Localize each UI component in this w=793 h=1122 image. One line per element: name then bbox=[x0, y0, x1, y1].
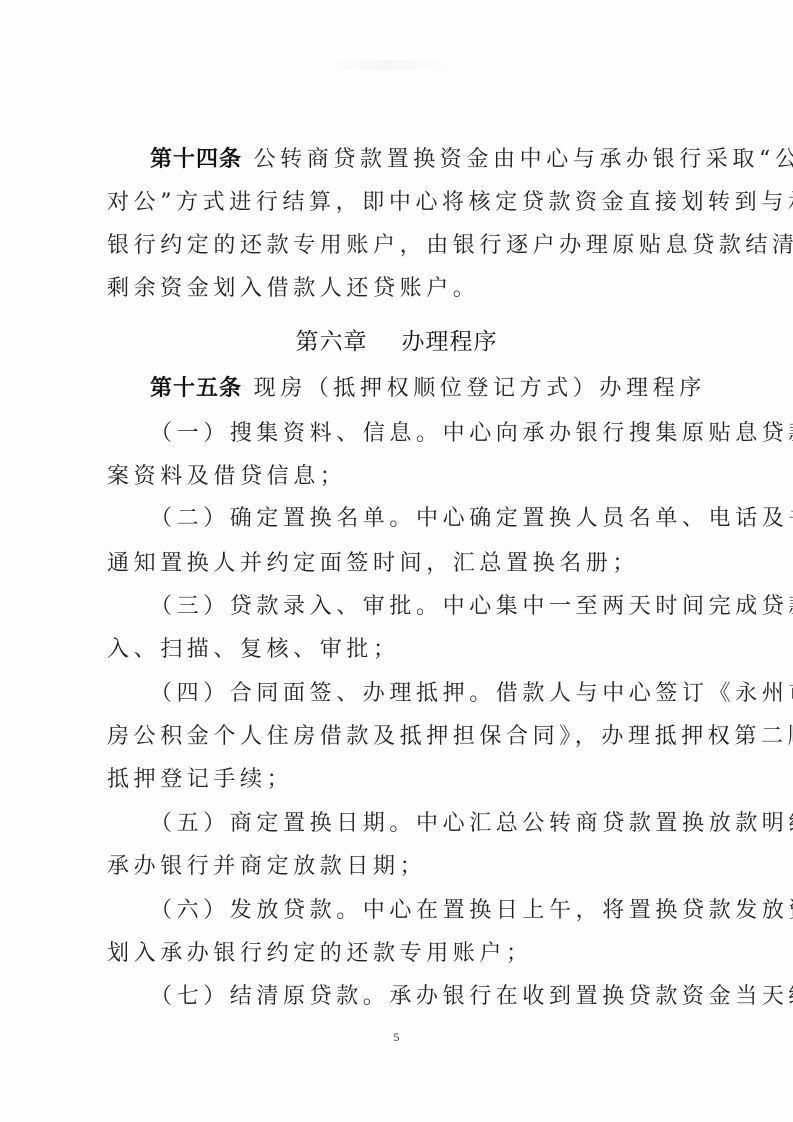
item-1-line-1: （一）搜集资料、信息。中心向承办银行搜集原贴息贷款档 bbox=[150, 421, 750, 447]
chapter-title: 办理程序 bbox=[402, 329, 498, 355]
item-3-line-2: 入、扫描、复核、审批； bbox=[107, 637, 707, 663]
article-15-heading: 第十五条 现房（抵押权顺位登记方式）办理程序 bbox=[150, 376, 750, 402]
scan-artifact bbox=[320, 60, 460, 70]
item-4-line-3: 抵押登记手续； bbox=[107, 767, 707, 793]
article-14-line-1: 第十四条 公转商贷款置换资金由中心与承办银行采取“公 bbox=[150, 147, 750, 173]
item-4-line-1: （四）合同面签、办理抵押。借款人与中心签订《永州市住 bbox=[150, 681, 750, 707]
page-number: 5 bbox=[0, 1030, 793, 1045]
chapter-heading: 第六章办理程序 bbox=[0, 323, 793, 356]
item-2-line-1: （二）确定置换名单。中心确定置换人员名单、电话及书面 bbox=[150, 506, 750, 532]
article-15-lead: 第十五条 bbox=[150, 376, 242, 401]
article-14-text: 公转商贷款置换资金由中心与承办银行采取“公 bbox=[254, 147, 793, 172]
article-14-lead: 第十四条 bbox=[150, 147, 242, 172]
article-14-line-3: 银行约定的还款专用账户，由银行逐户办理原贴息贷款结清手续， bbox=[107, 233, 707, 259]
item-7-line-1: （七）结清原贷款。承办银行在收到置换贷款资金当天结清 bbox=[150, 984, 750, 1010]
item-6-line-1: （六）发放贷款。中心在置换日上午，将置换贷款发放资金 bbox=[150, 898, 750, 924]
item-6-line-2: 划入承办银行约定的还款专用账户； bbox=[107, 941, 707, 967]
item-2-line-2: 通知置换人并约定面签时间，汇总置换名册； bbox=[107, 551, 707, 577]
item-3-line-1: （三）贷款录入、审批。中心集中一至两天时间完成贷款录 bbox=[150, 594, 750, 620]
article-14-line-2: 对公”方式进行结算，即中心将核定贷款资金直接划转到与承办 bbox=[107, 190, 707, 216]
document-page: 第十四条 公转商贷款置换资金由中心与承办银行采取“公 对公”方式进行结算，即中心… bbox=[0, 0, 793, 1122]
item-1-line-2: 案资料及借贷信息； bbox=[107, 464, 707, 490]
chapter-number: 第六章 bbox=[296, 329, 368, 355]
article-15-heading-text: 现房（抵押权顺位登记方式）办理程序 bbox=[254, 376, 706, 401]
item-4-line-2: 房公积金个人住房借款及抵押担保合同》，办理抵押权第二顺位 bbox=[107, 724, 707, 750]
item-5-line-2: 承办银行并商定放款日期； bbox=[107, 854, 707, 880]
item-5-line-1: （五）商定置换日期。中心汇总公转商贷款置换放款明细交 bbox=[150, 811, 750, 837]
article-14-line-4: 剩余资金划入借款人还贷账户。 bbox=[107, 276, 707, 302]
